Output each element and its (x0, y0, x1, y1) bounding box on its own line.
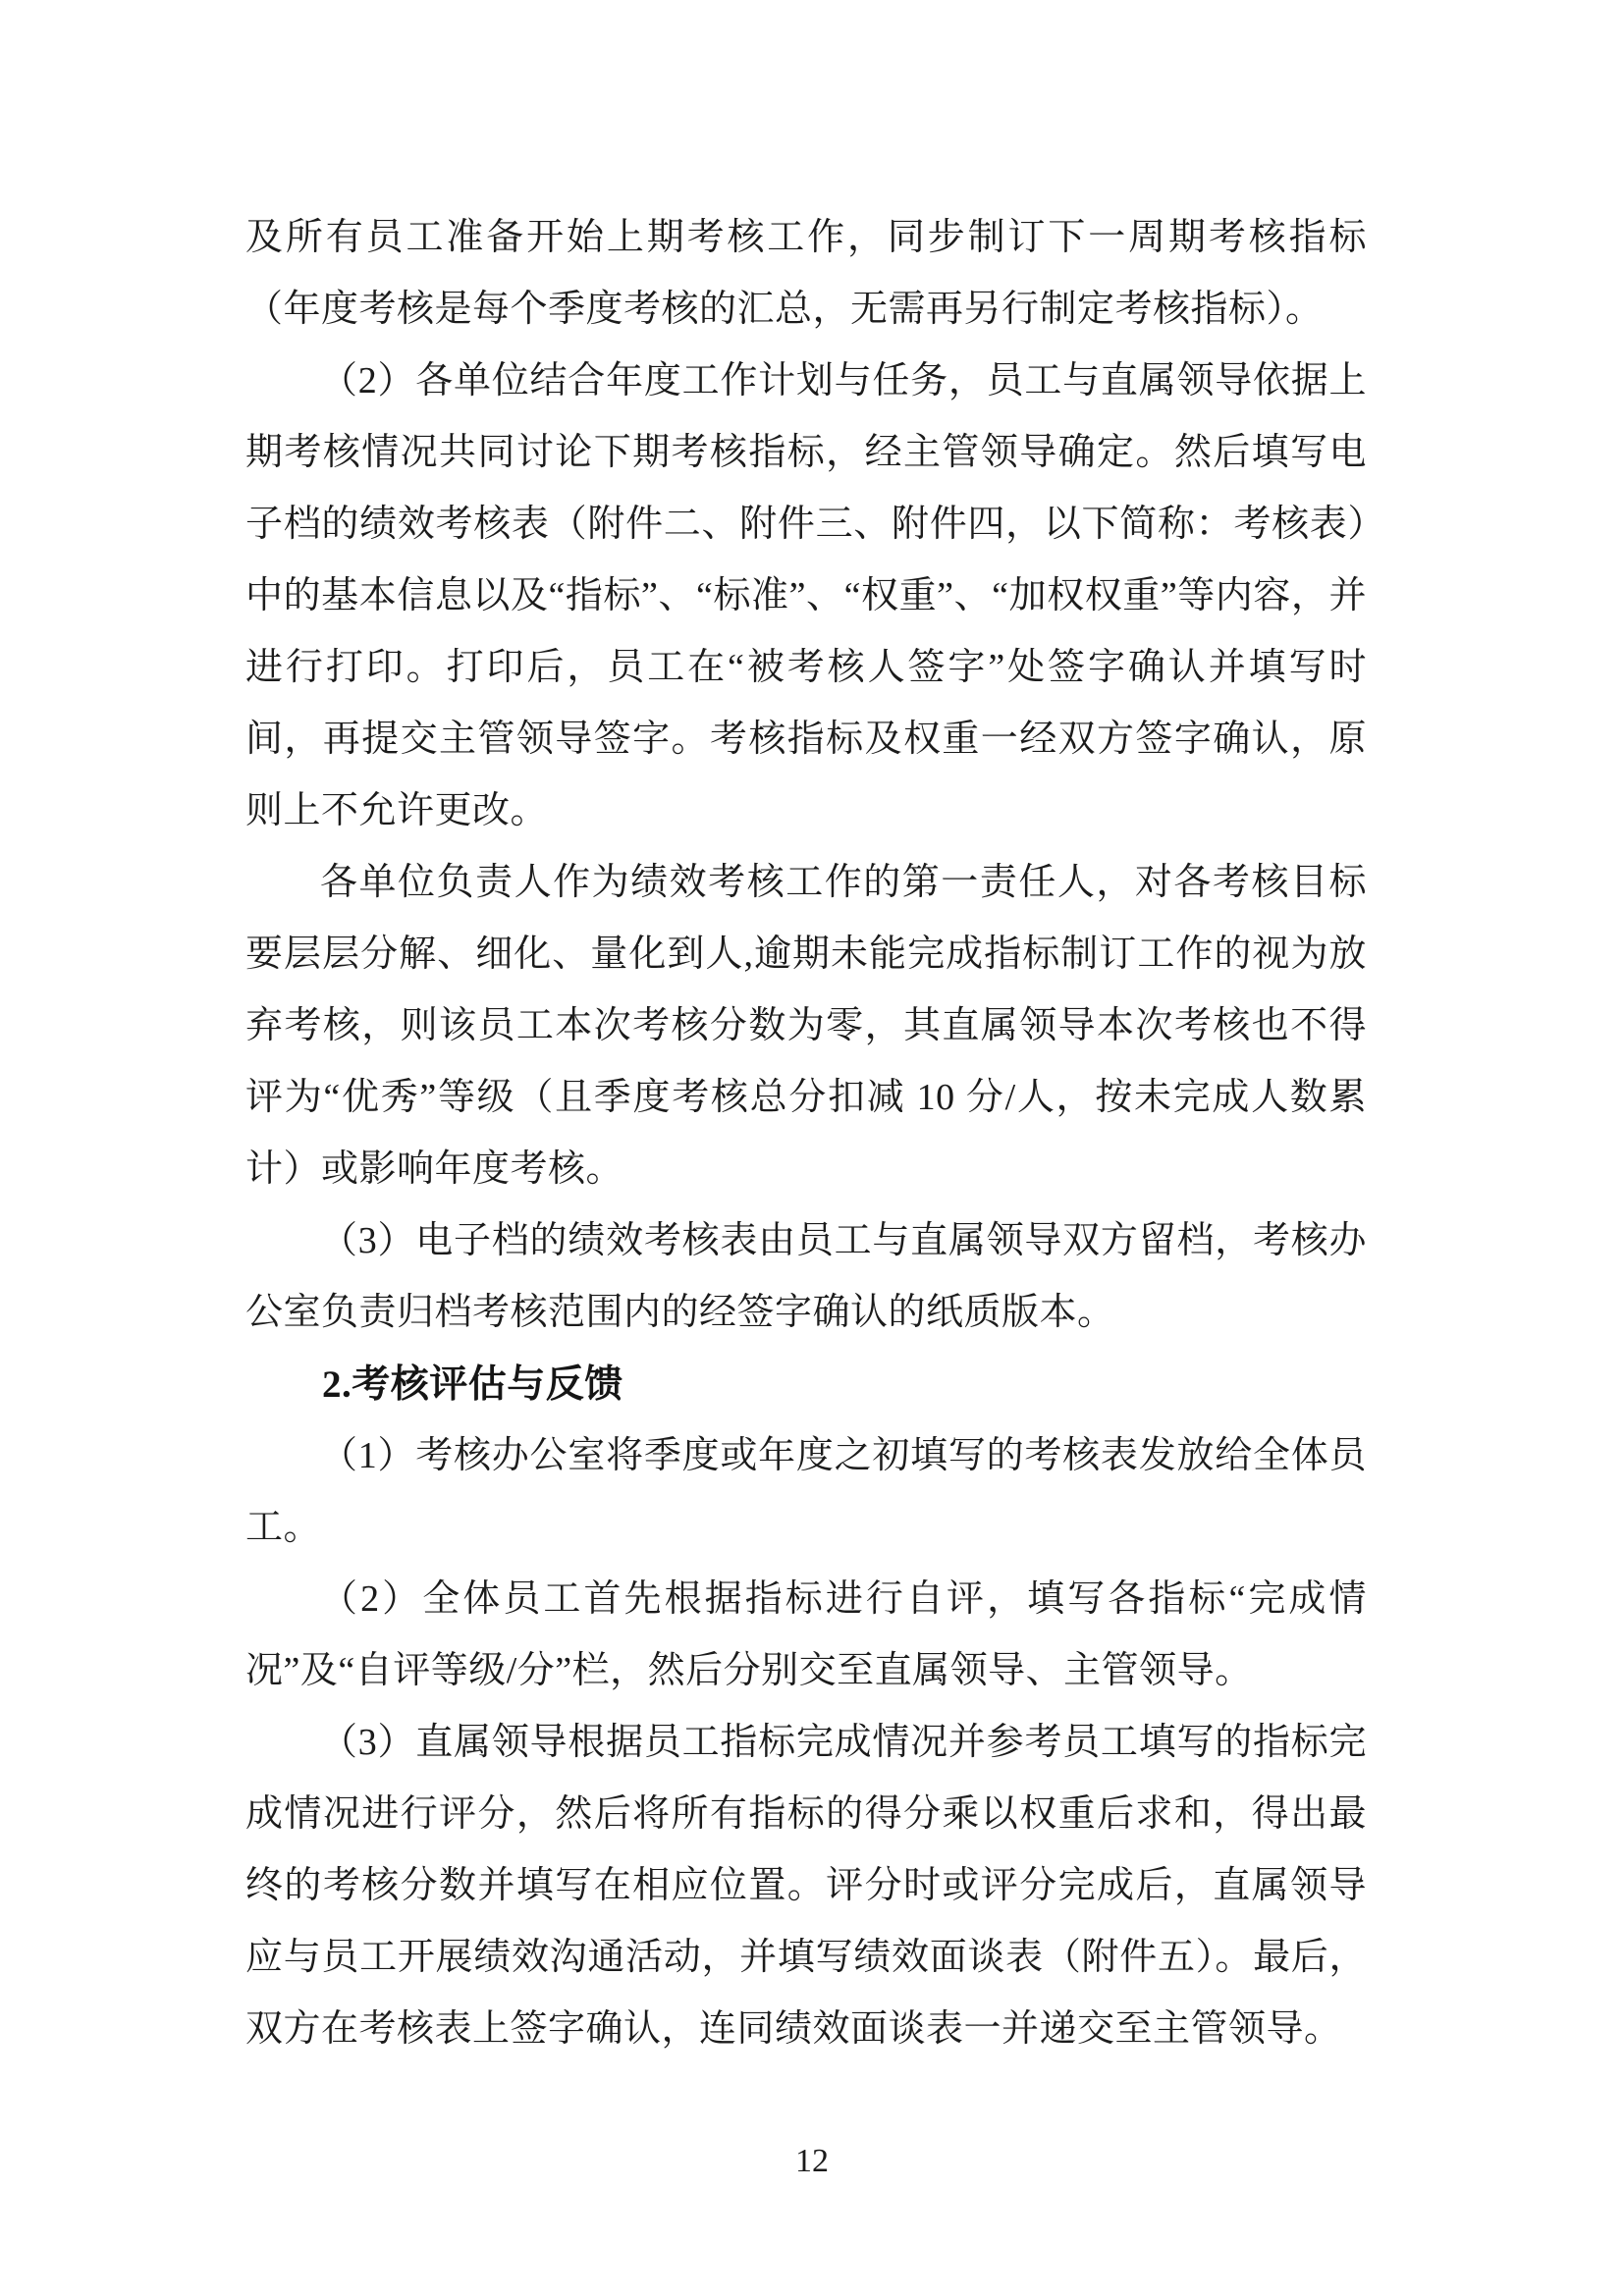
paragraph-eval-1: （1）考核办公室将季度或年度之初填写的考核表发放给全体员工。 (245, 1420, 1367, 1564)
page-content: 及所有员工准备开始上期考核工作，同步制订下一周期考核指标（年度考核是每个季度考核… (245, 202, 1367, 2065)
document-page: 及所有员工准备开始上期考核工作，同步制订下一周期考核指标（年度考核是每个季度考核… (0, 0, 1624, 2296)
paragraph-continuation: 及所有员工准备开始上期考核工作，同步制订下一周期考核指标（年度考核是每个季度考核… (245, 202, 1367, 346)
page-footer: 12 (0, 2142, 1624, 2181)
page-number: 12 (795, 2143, 829, 2179)
paragraph-eval-3: （3）直属领导根据员工指标完成情况并参考员工填写的指标完成情况进行评分，然后将所… (245, 1707, 1367, 2065)
paragraph-item-2: （2）各单位结合年度工作计划与任务，员工与直属领导依据上期考核情况共同讨论下期考… (245, 346, 1367, 847)
paragraph-item-3: （3）电子档的绩效考核表由员工与直属领导双方留档，考核办公室负责归档考核范围内的… (245, 1205, 1367, 1349)
paragraph-responsibility: 各单位负责人作为绩效考核工作的第一责任人，对各考核目标要层层分解、细化、量化到人… (245, 847, 1367, 1205)
section-heading: 2.考核评估与反馈 (245, 1349, 1367, 1420)
paragraph-eval-2: （2）全体员工首先根据指标进行自评，填写各指标“完成情况”及“自评等级/分”栏，… (245, 1564, 1367, 1707)
